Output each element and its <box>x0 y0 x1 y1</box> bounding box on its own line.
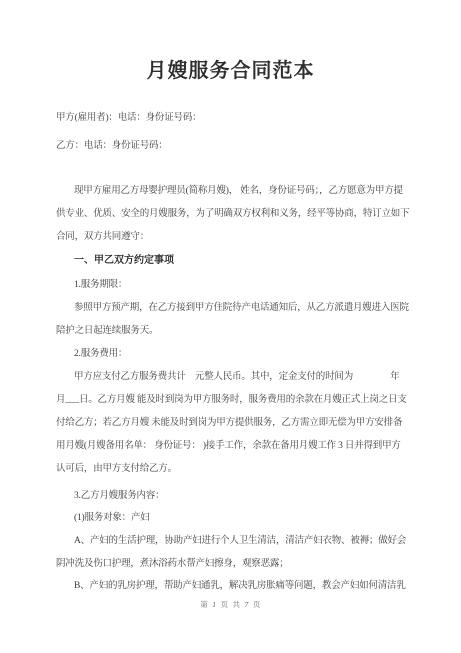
page-title: 月嫂服务合同范本 <box>0 54 461 83</box>
clause-2-body-line-5: 认可后，由甲方支付给乙方。 <box>56 463 177 475</box>
clause-1-title: 1.服务期限： <box>74 279 127 291</box>
footer-label-gong: 共 <box>233 599 241 610</box>
clause-1-body-line-1: 参照甲方预产期，在乙方接到甲方住院待产电话通知后，从乙方派遣月嫂进入医院 <box>74 302 409 314</box>
clause-1-body-line-2: 陪护之日起连续服务天。 <box>56 325 158 337</box>
clause-3-title: 3.乙方月嫂服务内容： <box>74 490 164 502</box>
footer-total-pages: 7 <box>245 600 249 609</box>
party-a-info: 甲方(雇用者)：电话：身份证号码： <box>56 112 201 124</box>
intro-para-line-3: 合同，双方共同遵守： <box>56 231 149 243</box>
section-1-heading: 一、甲乙双方约定事项 <box>74 255 174 267</box>
clause-3-item-a-line-1: A、产妇的生活护理，协助产妇进行个人卫生清洁，清洁产妇衣物、被褥；做好会 <box>74 535 406 547</box>
footer-page-number: 1 <box>212 600 216 609</box>
clause-2-title: 2.服务费用： <box>74 348 127 360</box>
clause-3-item-b-line-1: B、产妇的乳房护理，帮助产妇通乳，解决乳房胀痛等问题，教会产妇如何清洁乳 <box>74 580 406 592</box>
page-footer: 第 1 页 共 7 页 <box>0 599 461 610</box>
intro-para-line-1: 现甲方雇用乙方母婴护理员(简称月嫂)， 姓名，身份证号码；，乙方愿意为甲方提 <box>74 185 403 197</box>
intro-para-line-2: 供专业、优质、安全的月嫂服务，为了明确双方权利和义务，经平等协商，特订立如下 <box>56 208 409 220</box>
clause-2-body-line-1: 甲方应支付乙方服务费共计 元整人民币。其中，定金支付的时间为 年 <box>74 371 400 383</box>
document-page: 月嫂服务合同范本 甲方(雇用者)：电话：身份证号码： 乙方：电话：身份证号码： … <box>0 0 461 653</box>
clause-2-body-line-3: 付给乙方；若乙方月嫂 未能及时到岗为甲方提供服务，乙方需立即无偿为甲方安排备 <box>56 417 402 429</box>
footer-label-ye: 页 <box>221 599 229 610</box>
footer-label-di: 第 <box>200 599 208 610</box>
clause-2-body-line-2: 月___日。乙方月嫂 能及时到岗为甲方服务时，服务费用的余款在月嫂正式上岗之日支 <box>56 394 407 406</box>
clause-2-body-line-4: 用月嫂(月嫂备用名单： 身份证号： )接手工作，余款在备用月嫂工作 3 日并得到… <box>56 440 401 452</box>
party-b-info: 乙方：电话：身份证号码： <box>56 140 168 152</box>
clause-3-item-1: (1)服务对象：产妇 <box>74 512 150 524</box>
footer-label-ye-2: 页 <box>253 599 261 610</box>
clause-3-item-a-line-2: 阴冲洗及伤口护理，煮沐浴药水帮产妇擦身，观察恶露； <box>56 558 289 570</box>
